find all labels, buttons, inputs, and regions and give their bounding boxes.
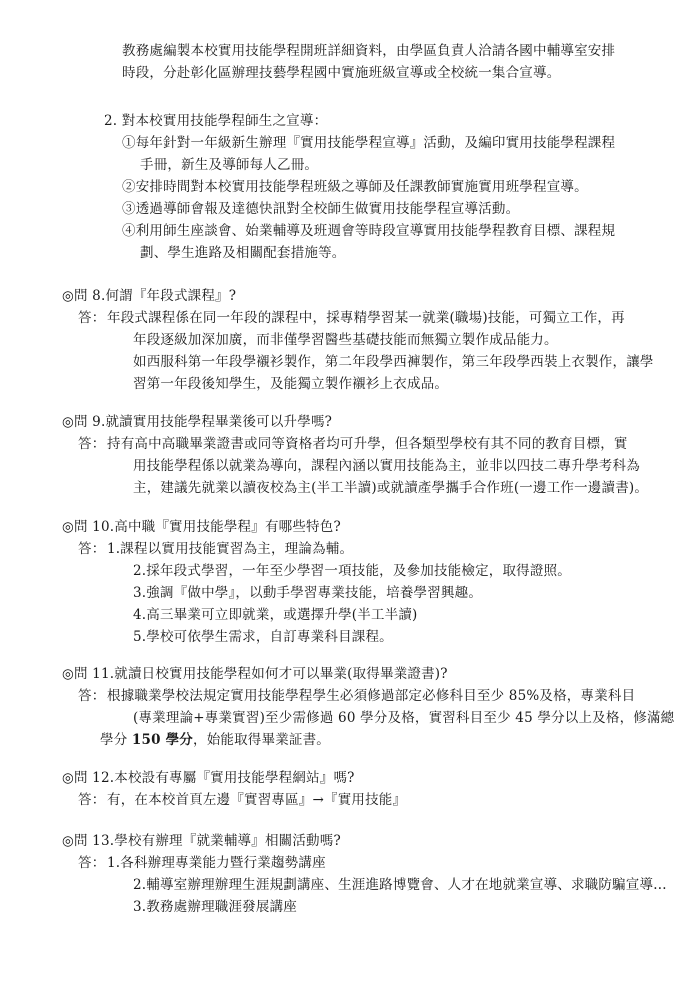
question: ◎問 12.本校設有專屬『實用技能學程網站』嗎?: [62, 768, 355, 788]
intro-line: 教務處編製本校實用技能學程開班詳細資料，由學區負責人洽請各國中輔導室安排: [122, 41, 615, 61]
intro-line: 時段，分赴彰化區辦理技藝學程國中實施班級宣導或全校統一集合宣導。: [122, 63, 560, 83]
answer-line: 2.採年段式學習，一年至少學習一項技能，及參加技能檢定，取得證照。: [133, 561, 571, 581]
answer-line: 3.教務處辦理職涯發展講座: [133, 897, 297, 917]
answer-text: 學分: [100, 732, 132, 748]
answer-line: 2.輔導室辦理辦理生涯規劃講座、生涯進路博覽會、人才在地就業宣導、求職防騙宣導…: [133, 875, 667, 895]
item2-point: 劃、學生進路及相關配套措施等。: [140, 243, 346, 263]
item2-point: ④利用師生座談會、始業輔導及班週會等時段宣導實用技能學程教育目標、課程規: [122, 221, 615, 241]
question: ◎問 11.就讀日校實用技能學程如何才可以畢業(取得畢業證書)?: [62, 664, 448, 684]
answer-line: 年段式課程係在同一年段的課程中，採專精學習某一就業(職場)技能，可獨立工作，再: [107, 308, 625, 328]
answer-line: 4.高三畢業可立即就業，或選擇升學(半工半讀): [133, 605, 418, 625]
item2-point: ①每年針對一年級新生辦理『實用技能學程宣導』活動，及編印實用技能學程課程: [122, 133, 615, 153]
answer-line: 根據職業學校法規定實用技能學程學生必須修過部定必修科目至少 85%及格，專業科目: [107, 686, 635, 706]
credit-highlight: 150 學分: [132, 732, 193, 748]
question: ◎問 8.何謂『年段式課程』?: [62, 286, 236, 306]
item2-point: 手冊，新生及導師每人乙冊。: [140, 155, 318, 175]
answer-label: 答：: [78, 686, 105, 706]
answer-label: 答：: [78, 853, 105, 873]
answer-line: 主，建議先就業以讀夜校為主(半工半讀)或就讀產學攜手合作班(一邊工作一邊讀書)。: [133, 478, 648, 498]
answer-label: 答：: [78, 308, 105, 328]
answer-line: 習第一年段後知學生，及能獨立製作襯衫上衣成品。: [133, 374, 448, 394]
item2-point: ③透過導師會報及達德快訊對全校師生做實用技能學程宣導活動。: [122, 199, 519, 219]
answer-line: 1.課程以實用技能實習為主，理論為輔。: [107, 539, 353, 559]
answer-line: (專業理論+專業實習)至少需修過 60 學分及格，實習科目至少 45 學分以上及…: [133, 708, 674, 728]
answer-line: 5.學校可依學生需求，自訂專業科目課程。: [133, 627, 393, 647]
question: ◎問 10.高中職『實用技能學程』有哪些特色?: [62, 517, 341, 537]
question: ◎問 13.學校有辦理『就業輔導』相關活動嗎?: [62, 831, 341, 851]
question: ◎問 9.就讀實用技能學程畢業後可以升學嗎?: [62, 412, 332, 432]
answer-line: 學分 150 學分，始能取得畢業証書。: [100, 730, 330, 750]
answer-line: 有，在本校首頁左邊『實習專區』→『實用技能』: [107, 790, 406, 810]
item2-title: 2. 對本校實用技能學程師生之宣導：: [104, 111, 327, 131]
item2-point: ②安排時間對本校實用技能學程班級之導師及任課教師實施實用班學程宣導。: [122, 177, 588, 197]
answer-line: 1.各科辦理專業能力暨行業趨勢講座: [107, 853, 326, 873]
answer-line: 如西服科第一年段學襯衫製作，第二年段學西褲製作，第三年段學西裝上衣製作，讓學: [133, 352, 654, 372]
answer-label: 答：: [78, 790, 105, 810]
answer-label: 答：: [78, 539, 105, 559]
answer-line: 持有高中高職畢業證書或同等資格者均可升學，但各類型學校有其不同的教育目標，實: [107, 434, 628, 454]
answer-line: 用技能學程係以就業為導向，課程內涵以實用技能為主，並非以四技二專升學考科為: [133, 456, 640, 476]
answer-line: 年段逐級加深加廣，而非僅學習醫些基礎技能而無獨立製作成品能力。: [133, 330, 558, 350]
answer-line: 3.強調『做中學』，以動手學習專業技能，培養學習興趣。: [133, 583, 482, 603]
answer-text: ，始能取得畢業証書。: [193, 732, 330, 748]
answer-label: 答：: [78, 434, 105, 454]
